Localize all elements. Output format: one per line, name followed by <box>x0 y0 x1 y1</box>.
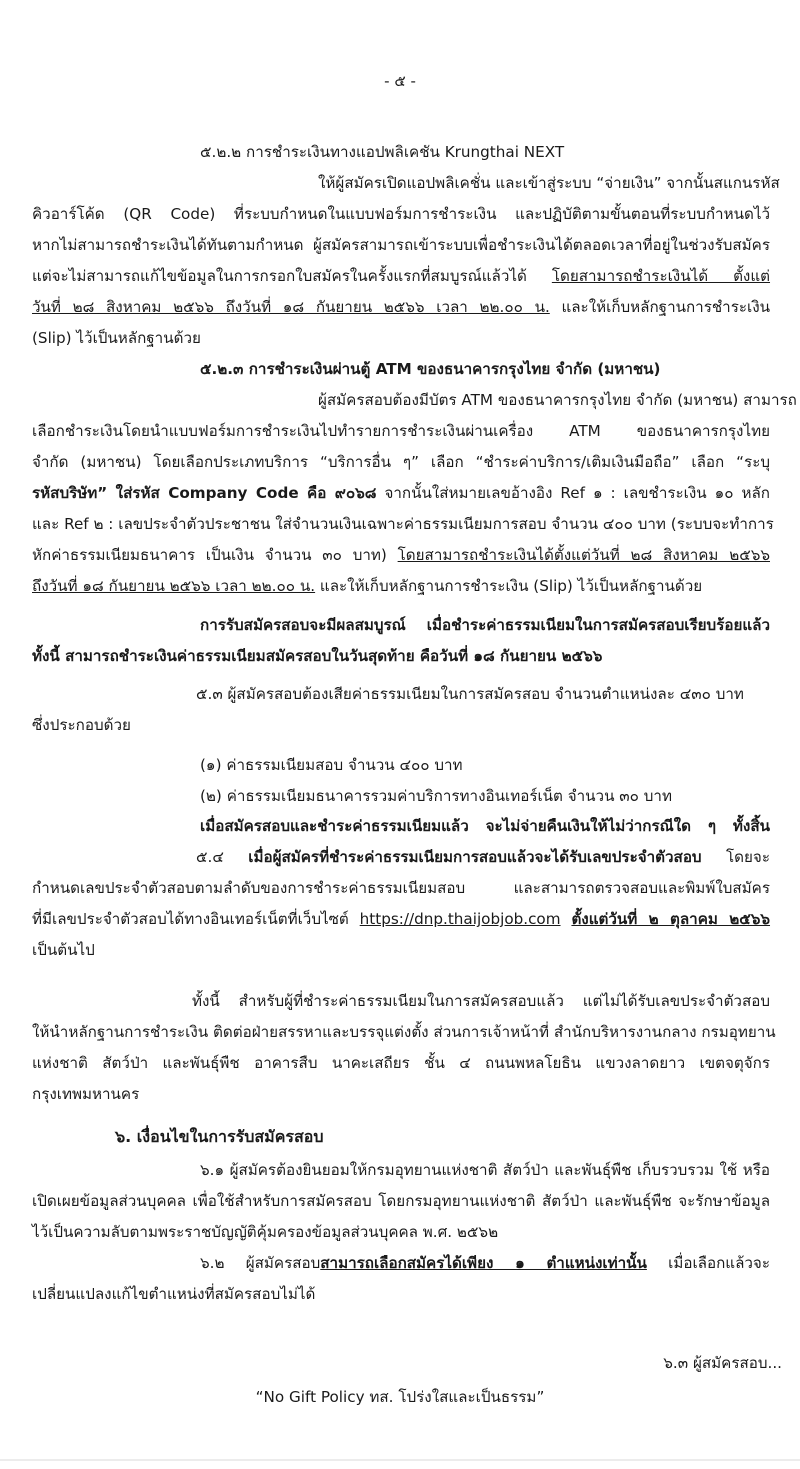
text: เมื่อสมัครสอบและชำระค่าธรรมเนียมแล้ว <box>200 817 486 835</box>
paragraph-line: ให้ผู้สมัครเปิดแอปพลิเคชั่น และเข้าสู่ระ… <box>318 172 780 194</box>
paragraph-line: ไว้เป็นความลับตามพระราชบัญญัติคุ้มครองข้… <box>32 1221 498 1243</box>
footer-slogan: “No Gift Policy ทส. โปร่งใสและเป็นธรรม” <box>0 1386 800 1408</box>
section-5-2-2-heading: ๕.๒.๒ การชำระเงินทางแอปพลิเคชัน Krungtha… <box>200 141 564 163</box>
footer-divider <box>0 1459 800 1461</box>
text: หักค่าธรรมเนียมธนาคาร เป็นเงิน จำนวน ๓๐ … <box>32 546 398 564</box>
text: การรับสมัครสอบจะมีผลสมบูรณ์ <box>200 616 427 634</box>
paragraph-line: จำกัด (มหาชน) โดยเลือกประเภทบริการ “บริก… <box>32 451 770 473</box>
payment-period-text: โดยสามารถชำระเงินได้ตั้งแต่วันที่ ๒๘ สิง… <box>398 546 770 564</box>
website-link[interactable]: https://dnp.thaijobjob.com <box>360 910 561 928</box>
paragraph-line: ๖.๑ ผู้สมัครต้องยินยอมให้กรมอุทยานแห่งชา… <box>200 1159 770 1181</box>
paragraph-line: ให้นำหลักฐานการชำระเงิน ติดต่อฝ่ายสรรหาแ… <box>32 1021 770 1043</box>
paragraph-line: ซึ่งประกอบด้วย <box>32 714 131 736</box>
text: เมื่อผู้สมัครที่ชำระค่าธรรมเนียมการสอบแล… <box>248 848 701 866</box>
section-5-4-line: ๕.๔ เมื่อผู้สมัครที่ชำระค่าธรรมเนียมการส… <box>196 846 770 868</box>
last-payment-day: ทั้งนี้ สามารถชำระเงินค่าธรรมเนียมสมัครส… <box>32 645 602 667</box>
paragraph-line: รหัสบริษัท” ใส่รหัส Company Code คือ ๙๐๖… <box>32 482 770 504</box>
payment-period-text: โดยสามารถชำระเงินได้ ตั้งแต่ <box>552 267 770 285</box>
paragraph-line: ทั้งนี้ สำหรับผู้ที่ชำระค่าธรรมเนียมในกา… <box>192 990 770 1012</box>
continuation-text: ๖.๓ ผู้สมัครสอบ... <box>663 1352 782 1374</box>
paragraph-line: วันที่ ๒๘ สิงหาคม ๒๕๖๖ ถึงวันที่ ๑๘ กันย… <box>32 296 770 318</box>
paragraph-line: และ Ref ๒ : เลขประจำตัวประชาชน ใส่จำนวนเ… <box>32 513 770 535</box>
text: แต่จะไม่สามารถแก้ไขข้อมูลในการกรอกใบสมัค… <box>32 267 552 285</box>
text: จะไม่จ่ายคืนเงินให้ไม่ว่ากรณีใด ๆ ทั้งสิ… <box>486 817 770 835</box>
text: ๖.๒ ผู้สมัครสอบ <box>200 1254 320 1272</box>
text: เมื่อชำระค่าธรรมเนียมในการสมัครสอบเรียบร… <box>427 616 770 634</box>
paragraph-line: ที่มีเลขประจำตัวสอบได้ทางอินเทอร์เน็ตที่… <box>32 908 770 930</box>
text: และให้เก็บหลักฐานการชำระเงิน (Slip) ไว้เ… <box>315 577 702 595</box>
paragraph-line: เลือกชำระเงินโดยนำแบบฟอร์มการชำระเงินไปท… <box>32 420 770 442</box>
section-5-2-3-heading: ๕.๒.๓ การชำระเงินผ่านตู้ ATM ของธนาคารกร… <box>200 358 660 380</box>
text: ๕.๔ <box>196 848 248 866</box>
page-number: - ๕ - <box>0 70 800 92</box>
paragraph-line: คิวอาร์โค้ด (QR Code) ที่ระบบกำหนดในแบบฟ… <box>32 203 770 225</box>
text <box>561 910 572 928</box>
paragraph-line: หักค่าธรรมเนียมธนาคาร เป็นเงิน จำนวน ๓๐ … <box>32 544 770 566</box>
print-start-date: ตั้งแต่วันที่ ๒ ตุลาคม ๒๕๖๖ <box>571 910 770 928</box>
payment-period-text: ถึงวันที่ ๑๘ กันยายน ๒๕๖๖ เวลา ๒๒.๐๐ น. <box>32 577 315 595</box>
company-code-text: รหัสบริษัท” ใส่รหัส Company Code คือ ๙๐๖… <box>32 484 377 502</box>
paragraph-line: ๖.๒ ผู้สมัครสอบสามารถเลือกสมัครได้เพียง … <box>200 1252 770 1274</box>
paragraph-line: แห่งชาติ สัตว์ป่า และพันธุ์พืช อาคารสืบ … <box>32 1052 770 1074</box>
text: โดยจะ <box>702 848 770 866</box>
text: และให้เก็บหลักฐานการชำระเงิน <box>550 298 770 316</box>
paragraph-line: แต่จะไม่สามารถแก้ไขข้อมูลในการกรอกใบสมัค… <box>32 265 770 287</box>
text: เมื่อเลือกแล้วจะ <box>647 1254 770 1272</box>
paragraph-line: (Slip) ไว้เป็นหลักฐานด้วย <box>32 327 201 349</box>
paragraph-line: กำหนดเลขประจำตัวสอบตามลำดับของการชำระค่า… <box>32 877 770 899</box>
paragraph-line: ถึงวันที่ ๑๘ กันยายน ๒๕๖๖ เวลา ๒๒.๐๐ น. … <box>32 575 702 597</box>
completion-line: การรับสมัครสอบจะมีผลสมบูรณ์ เมื่อชำระค่า… <box>200 614 770 636</box>
text: ที่มีเลขประจำตัวสอบได้ทางอินเทอร์เน็ตที่… <box>32 910 360 928</box>
paragraph-line: เป็นต้นไป <box>32 939 95 961</box>
one-position-rule: สามารถเลือกสมัครได้เพียง ๑ ตำแหน่งเท่านั… <box>320 1254 647 1272</box>
paragraph-line: เปิดเผยข้อมูลส่วนบุคคล เพื่อใช้สำหรับการ… <box>32 1190 770 1212</box>
section-6-heading: ๖. เงื่อนไขในการรับสมัครสอบ <box>115 1126 324 1148</box>
section-5-3-line: ๕.๓ ผู้สมัครสอบต้องเสียค่าธรรมเนียมในการ… <box>196 683 744 705</box>
no-refund-notice: เมื่อสมัครสอบและชำระค่าธรรมเนียมแล้ว จะไ… <box>200 815 770 837</box>
payment-period-text: วันที่ ๒๘ สิงหาคม ๒๕๖๖ ถึงวันที่ ๑๘ กันย… <box>32 298 550 316</box>
text: จากนั้นใส่หมายเลขอ้างอิง Ref ๑ : เลขชำระ… <box>377 484 771 502</box>
paragraph-line: ผู้สมัครสอบต้องมีบัตร ATM ของธนาคารกรุงไ… <box>318 389 797 411</box>
paragraph-line: กรุงเทพมหานคร <box>32 1083 139 1105</box>
fee-item: (๒) ค่าธรรมเนียมธนาคารรวมค่าบริการทางอิน… <box>200 785 672 807</box>
paragraph-line: เปลี่ยนแปลงแก้ไขตำแหน่งที่สมัครสอบไม่ได้ <box>32 1283 315 1305</box>
paragraph-line: หากไม่สามารถชำระเงินได้ทันตามกำหนด ผู้สม… <box>32 234 770 256</box>
fee-item: (๑) ค่าธรรมเนียมสอบ จำนวน ๔๐๐ บาท <box>200 754 463 776</box>
